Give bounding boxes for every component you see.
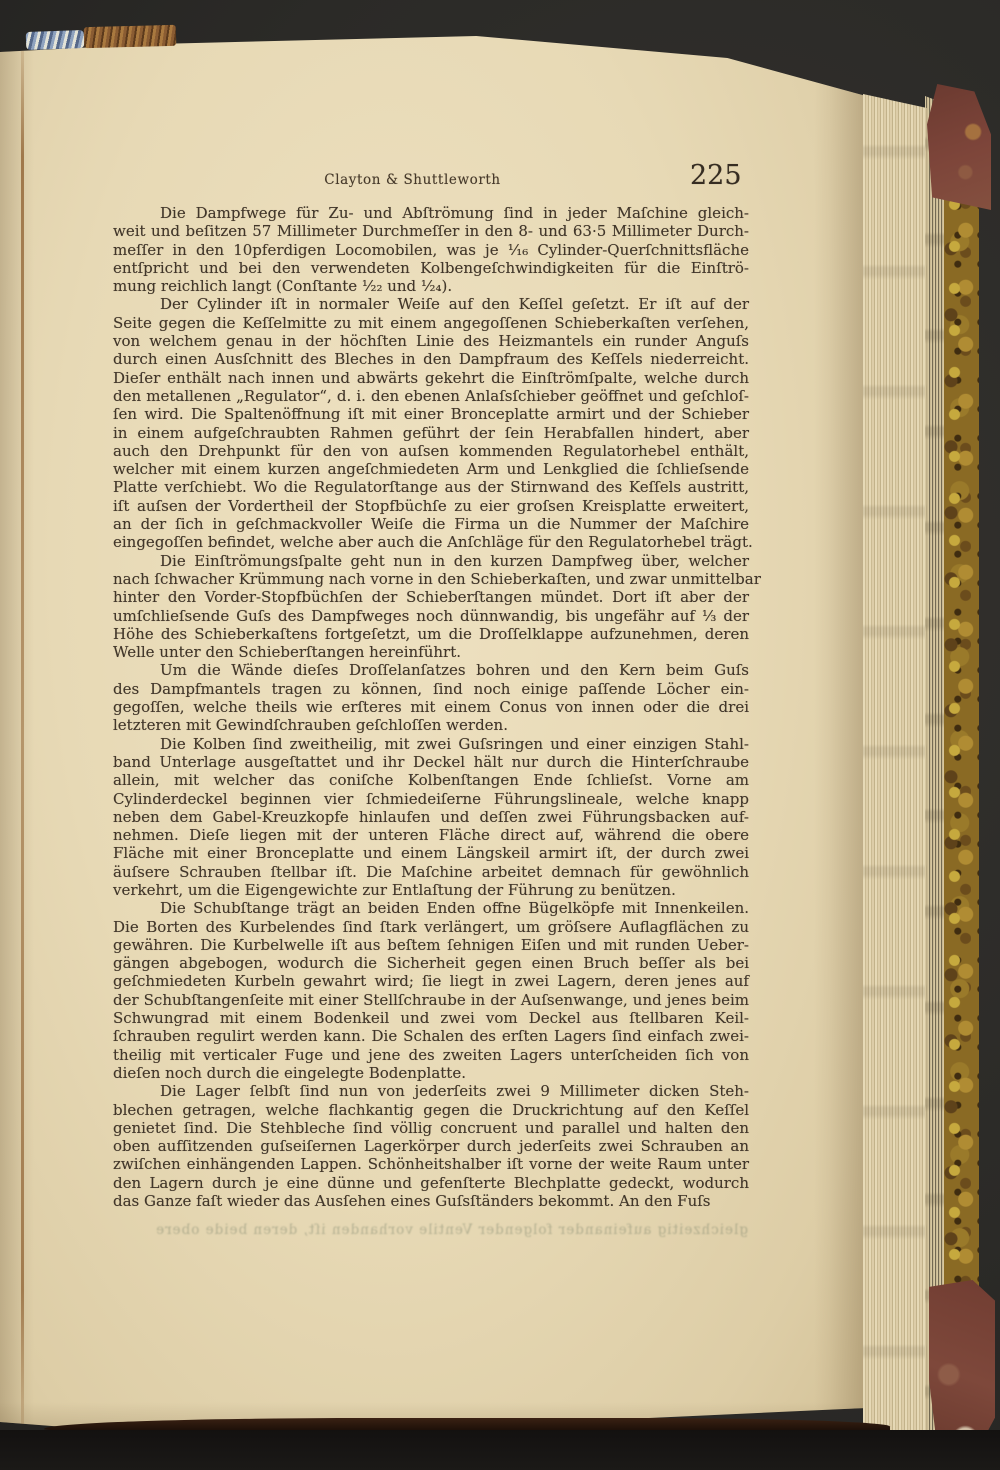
text-line: Um die Wände dieſes Droſſelanſatzes bohr… (113, 661, 749, 679)
text-line: nehmen. Dieſe liegen mit der unteren Flä… (113, 826, 749, 844)
text-line: hinter den Vorder-Stopfbüchſen der Schie… (113, 588, 749, 606)
background-bottom (0, 1430, 1000, 1470)
paragraph: Die Schubſtange trägt an beiden Enden of… (113, 899, 749, 1082)
text-line: letzteren mit Gewindſchrauben geſchloſſe… (113, 716, 749, 734)
text-line: Die Kolben ſind zweitheilig, mit zwei Gu… (113, 735, 749, 753)
text-line: Der Cylinder iſt in normaler Weiſe auf d… (113, 295, 749, 313)
text-line: Platte verſchiebt. Wo die Regulatorſtang… (113, 478, 749, 496)
text-line: umſchlieſsende Guſs des Dampfweges noch … (113, 607, 749, 625)
paragraph: Die Dampfwege für Zu- und Abſtrömung ſin… (113, 204, 749, 295)
marbled-board-edge (944, 196, 979, 1286)
cover-corner-top (927, 84, 991, 210)
text-line: Fläche mit einer Bronceplatte und einem … (113, 844, 749, 862)
text-block: Die Dampfwege für Zu- und Abſtrömung ſin… (113, 204, 749, 1210)
running-title: Clayton & Shuttleworth (95, 172, 730, 188)
fore-edge-pages-inner (925, 96, 946, 1448)
fore-edge-pages-outer (863, 90, 927, 1452)
headband (26, 30, 85, 50)
text-line: welcher mit einem kurzen angeſchmiedeten… (113, 460, 749, 478)
text-line: gewähren. Die Kurbelwelle iſt aus beſtem… (113, 936, 749, 954)
paragraph: Die Lager ſelbſt ſind nun von jederſeits… (113, 1082, 749, 1210)
text-line: auch den Drehpunkt für den von auſsen ko… (113, 442, 749, 460)
paragraph: Die Kolben ſind zweitheilig, mit zwei Gu… (113, 735, 749, 900)
text-line: ſen wird. Die Spaltenöffnung iſt mit ein… (113, 405, 749, 423)
text-line: genietet ſind. Die Stehbleche ſind völli… (113, 1119, 749, 1137)
show-through-text: gleichzeitig aufeinander folgender Venti… (100, 1222, 748, 1238)
gutter-crease-line (21, 46, 24, 1428)
text-line: Welle unter den Schieberſtangen hereinfü… (113, 643, 749, 661)
text-line: an der ſich in geſchmackvoller Weiſe die… (113, 515, 749, 533)
text-line: verkehrt, um die Eigengewichte zur Entla… (113, 881, 749, 899)
text-line: Die Schubſtange trägt an beiden Enden of… (113, 899, 749, 917)
text-line: Die Borten des Kurbelendes ſind ſtark ve… (113, 918, 749, 936)
text-line: durch einen Ausſchnitt des Bleches in de… (113, 350, 749, 368)
text-line: neben dem Gabel-Kreuzkopfe hinlaufen und… (113, 808, 749, 826)
text-line: mung reichlich langt (Conſtante ¹⁄₂₂ und… (113, 277, 749, 295)
text-line: der Schubſtangenſeite mit einer Stellſch… (113, 991, 749, 1009)
text-line: zwiſchen einhängenden Lappen. Schönheits… (113, 1155, 749, 1173)
gutter-shadow (0, 0, 34, 1470)
text-line: blechen getragen, welche flachkantig geg… (113, 1101, 749, 1119)
page-curl-shadow (814, 0, 866, 1470)
book-page: Clayton & Shuttleworth 225 Die Dampfwege… (0, 0, 866, 1470)
text-line: Seite gegen die Keſſelmitte zu mit einem… (113, 314, 749, 332)
text-line: Höhe des Schieberkaſtens fortgeſetzt, um… (113, 625, 749, 643)
text-line: allein, mit welcher das coniſche Kolbenſ… (113, 771, 749, 789)
cover-corner-bottom (929, 1280, 995, 1452)
text-line: band Unterlage ausgeſtattet und ihr Deck… (113, 753, 749, 771)
text-line: des Dampfmantels tragen zu können, ſind … (113, 680, 749, 698)
text-line: den Lagern durch je eine dünne und gefen… (113, 1174, 749, 1192)
text-line: gängen abgebogen, wodurch die Sicherheit… (113, 954, 749, 972)
text-line: theilig mit verticaler Fuge und jene des… (113, 1046, 749, 1064)
text-line: eingegoſſen befindet, welche aber auch d… (113, 533, 749, 551)
text-line: oben aufſitzenden guſseiſernen Lagerkörp… (113, 1137, 749, 1155)
page-number: 225 (690, 160, 750, 191)
text-line: iſt auſsen der Vordertheil der Stopfbüch… (113, 497, 749, 515)
text-line: ſchrauben regulirt werden kann. Die Scha… (113, 1027, 749, 1045)
text-line: meſſer in den 10pferdigen Locomobilen, w… (113, 241, 749, 259)
text-line: entſpricht und bei den verwendeten Kolbe… (113, 259, 749, 277)
text-line: Cylinderdeckel beginnen vier ſchmiedeiſe… (113, 790, 749, 808)
text-line: Die Dampfwege für Zu- und Abſtrömung ſin… (113, 204, 749, 222)
text-line: äuſsere Schrauben ſtellbar iſt. Die Maſc… (113, 863, 749, 881)
text-line: dieſen noch durch die eingelegte Bodenpl… (113, 1064, 749, 1082)
text-line: Schwungrad mit einem Bodenkeil und zwei … (113, 1009, 749, 1027)
text-line: den metallenen „Regulator“, d. i. den eb… (113, 387, 749, 405)
text-line: Die Einſtrömungsſpalte geht nun in den k… (113, 552, 749, 570)
text-line: das Ganze faſt wieder das Ausſehen eines… (113, 1192, 749, 1210)
text-line: weit und beſitzen 57 Millimeter Durchmeſ… (113, 222, 749, 240)
text-line: von welchem genau in der höchſten Linie … (113, 332, 749, 350)
text-line: geſchmiedeten Kurbeln gewahrt wird; ſie … (113, 972, 749, 990)
text-line: gegoſſen, welche theils wie erſteres mit… (113, 698, 749, 716)
text-line: nach ſchwacher Krümmung nach vorne in de… (113, 570, 749, 588)
spine-top-edge (84, 25, 177, 48)
paragraph: Der Cylinder iſt in normaler Weiſe auf d… (113, 295, 749, 551)
text-line: Die Lager ſelbſt ſind nun von jederſeits… (113, 1082, 749, 1100)
text-line: in einem aufgeſchraubten Rahmen geführt … (113, 424, 749, 442)
text-line: Dieſer enthält nach innen und abwärts ge… (113, 369, 749, 387)
paragraph: Die Einſtrömungsſpalte geht nun in den k… (113, 552, 749, 662)
paragraph: Um die Wände dieſes Droſſelanſatzes bohr… (113, 661, 749, 734)
